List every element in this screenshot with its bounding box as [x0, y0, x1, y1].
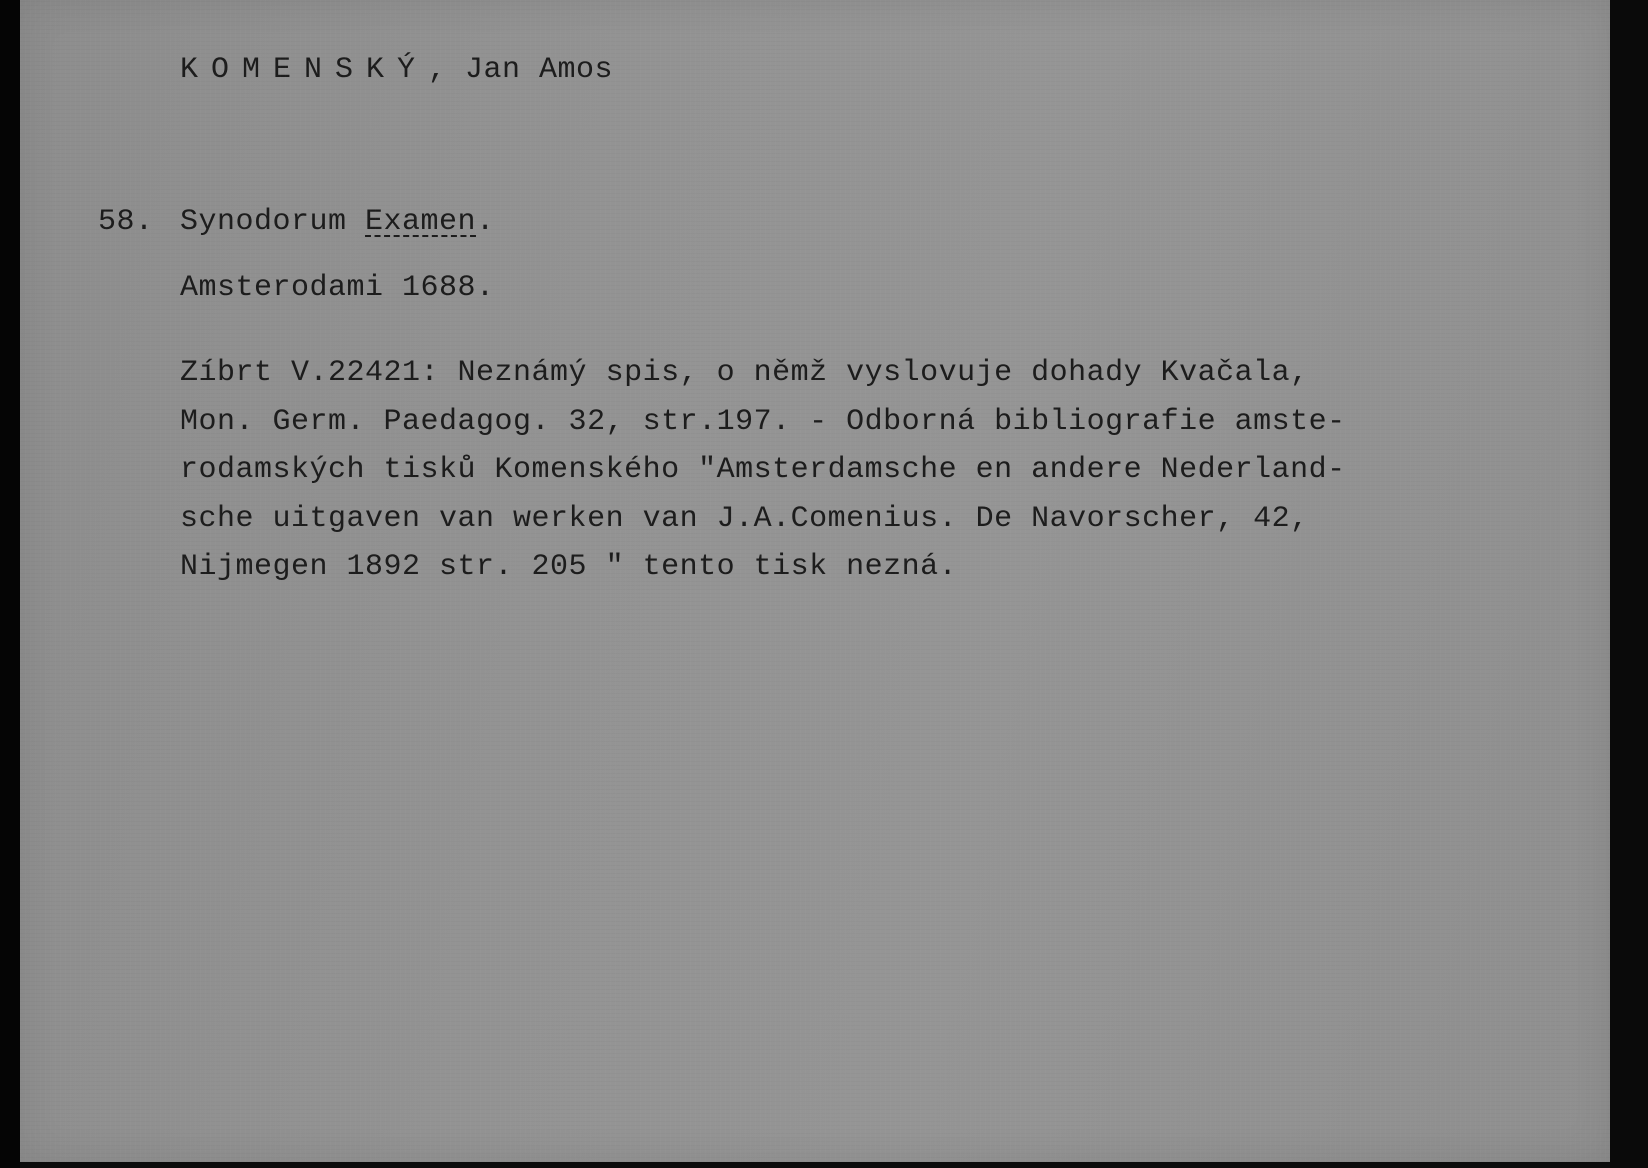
- imprint: Amsterodami 1688.: [180, 273, 495, 303]
- author-given-names: , Jan Amos: [428, 53, 613, 87]
- scan-border-right: [1610, 0, 1648, 1168]
- note-line: rodamských tisků Komenského "Amsterdamsc…: [180, 455, 1346, 504]
- entry-title: Synodorum Examen.: [180, 207, 495, 237]
- entry-number: 58.: [98, 207, 154, 237]
- note-line: Zíbrt V.22421: Neznámý spis, o němž vysl…: [180, 358, 1346, 407]
- bibliographic-note: Zíbrt V.22421: Neznámý spis, o němž vysl…: [180, 358, 1346, 601]
- title-text: Synodorum: [180, 205, 365, 239]
- note-line: Nijmegen 1892 str. 205 " tento tisk nezn…: [180, 552, 1346, 601]
- note-line: sche uitgaven van werken van J.A.Comeniu…: [180, 504, 1346, 553]
- title-period: .: [476, 205, 495, 239]
- note-line: Mon. Germ. Paedagog. 32, str.197. - Odbo…: [180, 407, 1346, 456]
- scan-border-left: [0, 0, 20, 1168]
- scanned-catalog-card: KOMENSKÝ, Jan Amos 58. Synodorum Examen.…: [0, 0, 1648, 1168]
- title-underlined-word: Examen: [365, 205, 476, 239]
- author-surname: KOMENSKÝ: [180, 53, 428, 87]
- author-heading: KOMENSKÝ, Jan Amos: [180, 55, 613, 85]
- catalog-card: KOMENSKÝ, Jan Amos 58. Synodorum Examen.…: [20, 0, 1610, 1162]
